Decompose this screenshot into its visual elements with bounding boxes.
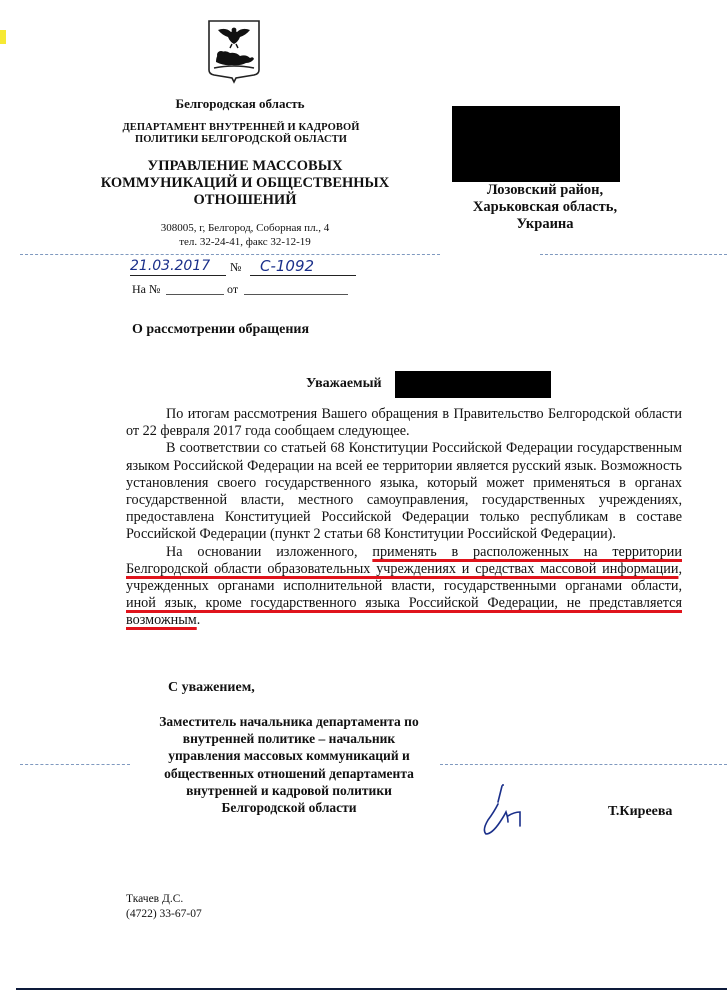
signer-title-line: внутренней политике – начальник bbox=[130, 730, 448, 747]
executor-info: Ткачев Д.С. (4722) 33-67-07 bbox=[126, 892, 202, 922]
scan-artifact-mark bbox=[0, 30, 6, 44]
text-run: На основании изложенного, bbox=[166, 544, 372, 560]
handwritten-signature-icon bbox=[478, 782, 536, 840]
department-name: ДЕПАРТАМЕНТ ВНУТРЕННЕЙ И КАДРОВОЙ ПОЛИТИ… bbox=[110, 122, 372, 146]
office-address: 308005, г, Белгород, Соборная пл., 4 тел… bbox=[120, 221, 370, 249]
signer-title-line: Заместитель начальника департамента по bbox=[130, 713, 448, 730]
address-line: 308005, г, Белгород, Соборная пл., 4 bbox=[120, 221, 370, 235]
recipient-line: Харьковская область, bbox=[430, 199, 660, 216]
body-paragraph: По итогам рассмотрения Вашего обращения … bbox=[126, 406, 682, 440]
ref-date-blank bbox=[244, 294, 348, 295]
office-line: ОТНОШЕНИЙ bbox=[100, 192, 390, 209]
registration-line: 21.03.2017 № С-1092 bbox=[130, 257, 360, 279]
signer-title-line: Белгородской области bbox=[130, 799, 448, 816]
signer-title: Заместитель начальника департамента по в… bbox=[130, 713, 448, 816]
reference-line: На № от bbox=[132, 282, 352, 298]
highlighted-text: иной язык, кроме государственного языка … bbox=[126, 595, 682, 628]
scan-artifact-line bbox=[440, 764, 727, 766]
signer-title-line: внутренней и кадровой политики bbox=[130, 782, 448, 799]
text-run: . bbox=[197, 612, 201, 628]
department-line: ПОЛИТИКИ БЕЛГОРОДСКОЙ ОБЛАСТИ bbox=[110, 134, 372, 146]
letter-body: По итогам рассмотрения Вашего обращения … bbox=[126, 406, 682, 630]
registration-date: 21.03.2017 bbox=[130, 257, 226, 276]
scan-artifact-line bbox=[20, 254, 440, 256]
redacted-recipient-name bbox=[452, 106, 620, 182]
phone-fax-line: тел. 32-24-41, факс 32-12-19 bbox=[120, 235, 370, 249]
page-bottom-edge bbox=[16, 988, 727, 990]
signer-title-line: общественных отношений департамента bbox=[130, 765, 448, 782]
recipient-address: Лозовский район, Харьковская область, Ук… bbox=[430, 182, 660, 233]
office-line: КОММУНИКАЦИЙ И ОБЩЕСТВЕННЫХ bbox=[100, 175, 390, 192]
body-paragraph-conclusion: На основании изложенного, применять в ра… bbox=[126, 544, 682, 630]
recipient-line: Украина bbox=[430, 216, 660, 233]
salutation: Уважаемый bbox=[306, 372, 382, 396]
executor-phone: (4722) 33-67-07 bbox=[126, 907, 202, 922]
ref-number-label: На № bbox=[132, 282, 160, 297]
closing-regards: С уважением, bbox=[168, 680, 255, 696]
office-line: УПРАВЛЕНИЕ МАССОВЫХ bbox=[100, 158, 390, 175]
scan-artifact-line bbox=[20, 764, 130, 766]
department-line: ДЕПАРТАМЕНТ ВНУТРЕННЕЙ И КАДРОВОЙ bbox=[110, 122, 372, 134]
letter-subject: О рассмотрении обращения bbox=[132, 322, 309, 338]
number-label: № bbox=[230, 260, 241, 275]
signer-name: Т.Киреева bbox=[608, 804, 672, 820]
redacted-addressee-name bbox=[395, 371, 551, 398]
belgorod-coat-of-arms-icon bbox=[206, 18, 262, 84]
signer-title-line: управления массовых коммуникаций и bbox=[130, 747, 448, 764]
body-paragraph: В соответствии со статьей 68 Конституции… bbox=[126, 440, 682, 543]
office-name: УПРАВЛЕНИЕ МАССОВЫХ КОММУНИКАЦИЙ И ОБЩЕС… bbox=[100, 158, 390, 209]
scan-artifact-line bbox=[540, 254, 727, 256]
ref-number-blank bbox=[166, 294, 224, 295]
ref-from-label: от bbox=[227, 282, 238, 297]
recipient-line: Лозовский район, bbox=[430, 182, 660, 199]
executor-name: Ткачев Д.С. bbox=[126, 892, 202, 907]
region-name: Белгородская область bbox=[140, 96, 340, 112]
registration-number: С-1092 bbox=[250, 257, 356, 276]
